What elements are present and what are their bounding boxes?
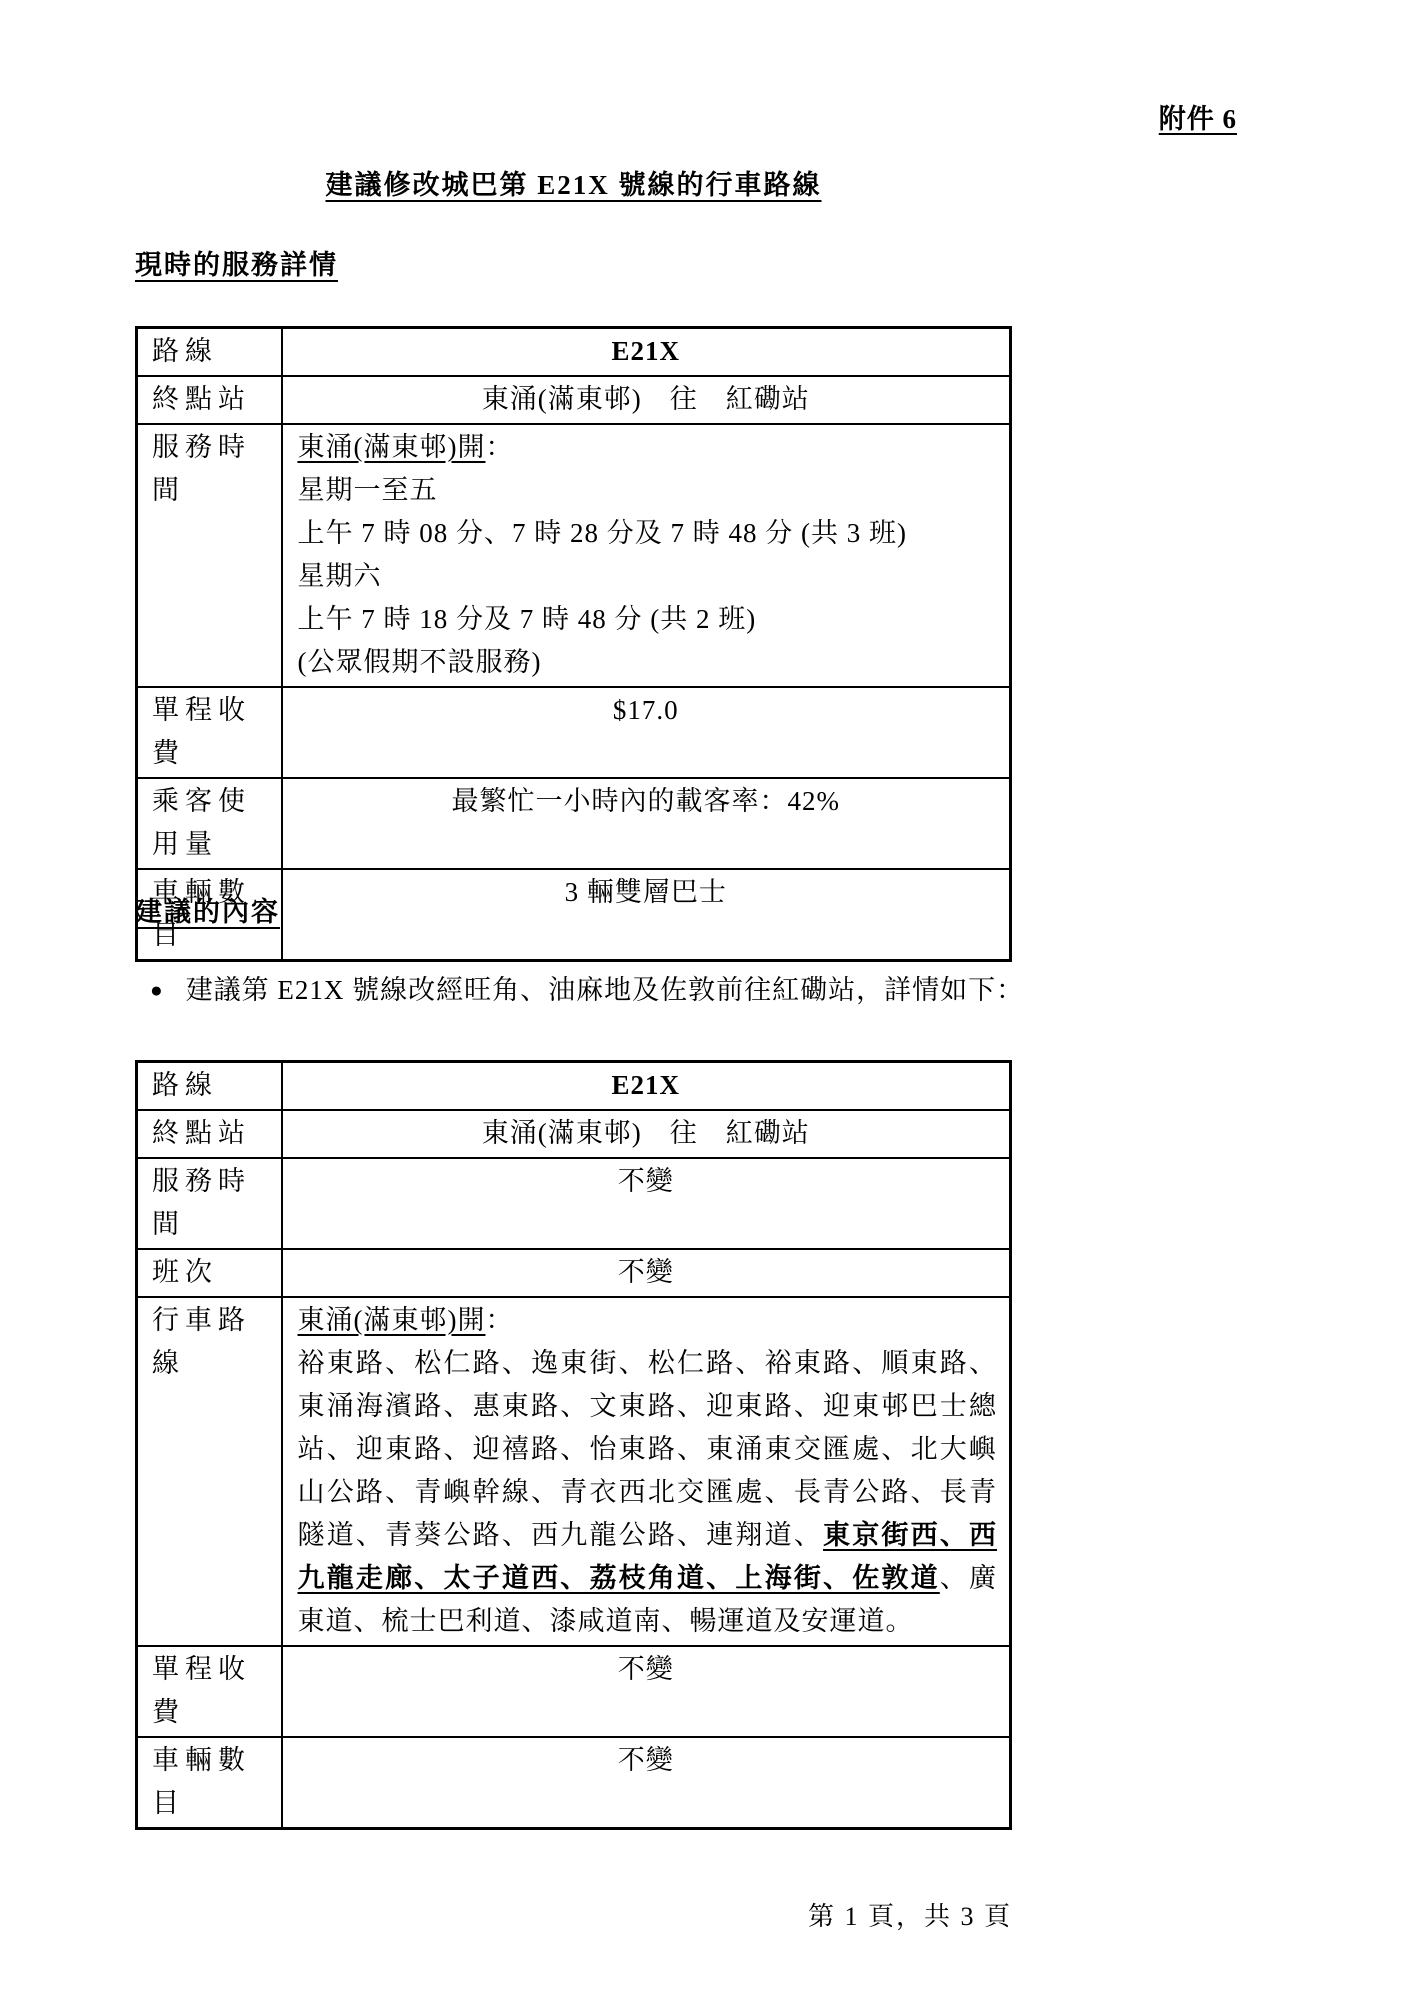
table-row-fare: 單程收費 $17.0 (137, 687, 1011, 778)
annex-label: 附件 6 (1159, 97, 1237, 136)
row-label-service-hours: 服務時間 (137, 424, 282, 687)
table-row-fare: 單程收費 不變 (137, 1646, 1011, 1737)
proposal-bullet-text: 建議第 E21X 號線改經旺角、油麻地及佐敦前往紅磡站，詳情如下： (186, 970, 1025, 1010)
table-row-service-hours: 服務時間 東涌(滿東邨)開： 星期一至五 上午 7 時 08 分、7 時 28 … (137, 424, 1011, 687)
row-label-patronage: 乘客使用量 (137, 778, 282, 869)
table-row-route: 路線 E21X (137, 328, 1011, 377)
proposal-table: 路線 E21X 終點站 東涌(滿東邨) 往 紅磡站 服務時間 不變 班次 不變 … (135, 1060, 1012, 1830)
row-label-route: 路線 (137, 328, 282, 377)
row-value-service-hours: 不變 (282, 1158, 1011, 1249)
row-value-service-hours: 東涌(滿東邨)開： 星期一至五 上午 7 時 08 分、7 時 28 分及 7 … (282, 424, 1011, 687)
row-value-route: E21X (282, 1062, 1011, 1111)
row-value-fleet: 3 輛雙層巴士 (282, 869, 1011, 961)
bullet-icon: ● (150, 970, 164, 1010)
section-heading-current-service: 現時的服務詳情 (135, 243, 338, 282)
row-value-fleet: 不變 (282, 1737, 1011, 1829)
row-label-fare: 單程收費 (137, 1646, 282, 1737)
row-label-terminus: 終點站 (137, 376, 282, 424)
row-value-routing: 東涌(滿東邨)開： 裕東路、松仁路、逸東街、松仁路、裕東路、順東路、東涌海濱路、… (282, 1297, 1011, 1646)
row-value-patronage: 最繁忙一小時內的載客率：42% (282, 778, 1011, 869)
table-row-route: 路線 E21X (137, 1062, 1011, 1111)
row-label-service-hours: 服務時間 (137, 1158, 282, 1249)
page-title: 建議修改城巴第 E21X 號線的行車路線 (135, 163, 1012, 202)
routing-depart-line: 東涌(滿東邨)開： (298, 1299, 998, 1342)
table-row-terminus: 終點站 東涌(滿東邨) 往 紅磡站 (137, 376, 1011, 424)
page-number: 第 1 頁，共 3 頁 (808, 1896, 1012, 1933)
row-value-frequency: 不變 (282, 1249, 1011, 1297)
document-page: 附件 6 建議修改城巴第 E21X 號線的行車路線 現時的服務詳情 路線 E21… (0, 0, 1415, 2000)
row-label-fare: 單程收費 (137, 687, 282, 778)
table-row-terminus: 終點站 東涌(滿東邨) 往 紅磡站 (137, 1110, 1011, 1158)
row-value-fare: $17.0 (282, 687, 1011, 778)
row-label-frequency: 班次 (137, 1249, 282, 1297)
depart-place: 東涌(滿東邨)開 (298, 432, 486, 462)
current-service-table: 路線 E21X 終點站 東涌(滿東邨) 往 紅磡站 服務時間 東涌(滿東邨)開：… (135, 326, 1012, 962)
table-row-routing: 行車路線 東涌(滿東邨)開： 裕東路、松仁路、逸東街、松仁路、裕東路、順東路、東… (137, 1297, 1011, 1646)
depart-place: 東涌(滿東邨)開 (298, 1305, 486, 1335)
service-hours-line: 星期六 (298, 555, 998, 598)
service-hours-line: 上午 7 時 08 分、7 時 28 分及 7 時 48 分 (共 3 班) (298, 512, 998, 555)
row-label-terminus: 終點站 (137, 1110, 282, 1158)
service-hours-line: 上午 7 時 18 分及 7 時 48 分 (共 2 班) (298, 598, 998, 641)
service-hours-line: 星期一至五 (298, 469, 998, 512)
table-row-patronage: 乘客使用量 最繁忙一小時內的載客率：42% (137, 778, 1011, 869)
service-hours-line: (公眾假期不設服務) (298, 641, 998, 684)
row-value-terminus: 東涌(滿東邨) 往 紅磡站 (282, 1110, 1011, 1158)
depart-colon: ： (485, 1305, 513, 1335)
section-heading-proposal: 建議的內容 (135, 890, 280, 929)
proposal-bullet-item: ● 建議第 E21X 號線改經旺角、油麻地及佐敦前往紅磡站，詳情如下： (150, 970, 1050, 1010)
row-label-route: 路線 (137, 1062, 282, 1111)
row-label-routing: 行車路線 (137, 1297, 282, 1646)
table-row-service-hours: 服務時間 不變 (137, 1158, 1011, 1249)
table-row-fleet: 車輛數目 不變 (137, 1737, 1011, 1829)
service-hours-depart-line: 東涌(滿東邨)開： (298, 426, 998, 469)
row-value-route: E21X (282, 328, 1011, 377)
depart-colon: ： (485, 432, 513, 462)
routing-description: 裕東路、松仁路、逸東街、松仁路、裕東路、順東路、東涌海濱路、惠東路、文東路、迎東… (298, 1342, 998, 1643)
row-value-fare: 不變 (282, 1646, 1011, 1737)
table-row-frequency: 班次 不變 (137, 1249, 1011, 1297)
row-value-terminus: 東涌(滿東邨) 往 紅磡站 (282, 376, 1011, 424)
row-label-fleet: 車輛數目 (137, 1737, 282, 1829)
